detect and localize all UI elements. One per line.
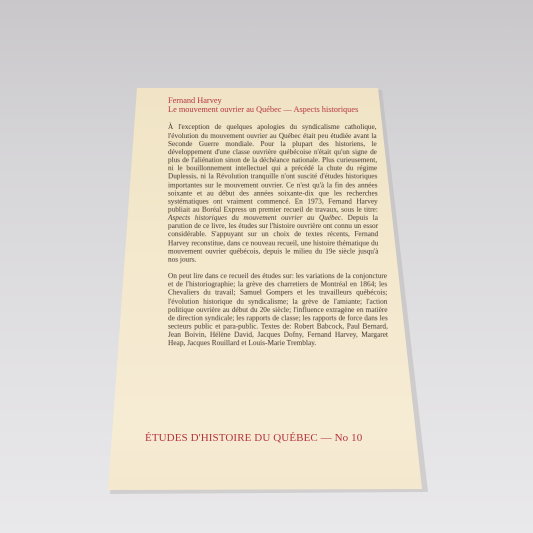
contents-paragraph: On peut lire dans ce recueil des études … <box>168 272 388 348</box>
book-title: Le mouvement ouvrier au Québec — Aspects… <box>168 105 378 114</box>
series-label: ÉTUDES D'HISTOIRE DU QUÉBEC — No 10 <box>145 432 362 444</box>
description-text-2: . Depuis la parution de ce livre, les ét… <box>168 214 379 264</box>
description-paragraph: À l'exception de quelques apologies du s… <box>168 123 379 263</box>
author-name: Fernand Harvey <box>168 96 378 105</box>
description-text-1: À l'exception de quelques apologies du s… <box>168 123 378 213</box>
earlier-book-title: Aspects historiques du mouvement ouvrier… <box>168 214 341 222</box>
cover-text-block: Fernand Harvey Le mouvement ouvrier au Q… <box>168 96 382 348</box>
